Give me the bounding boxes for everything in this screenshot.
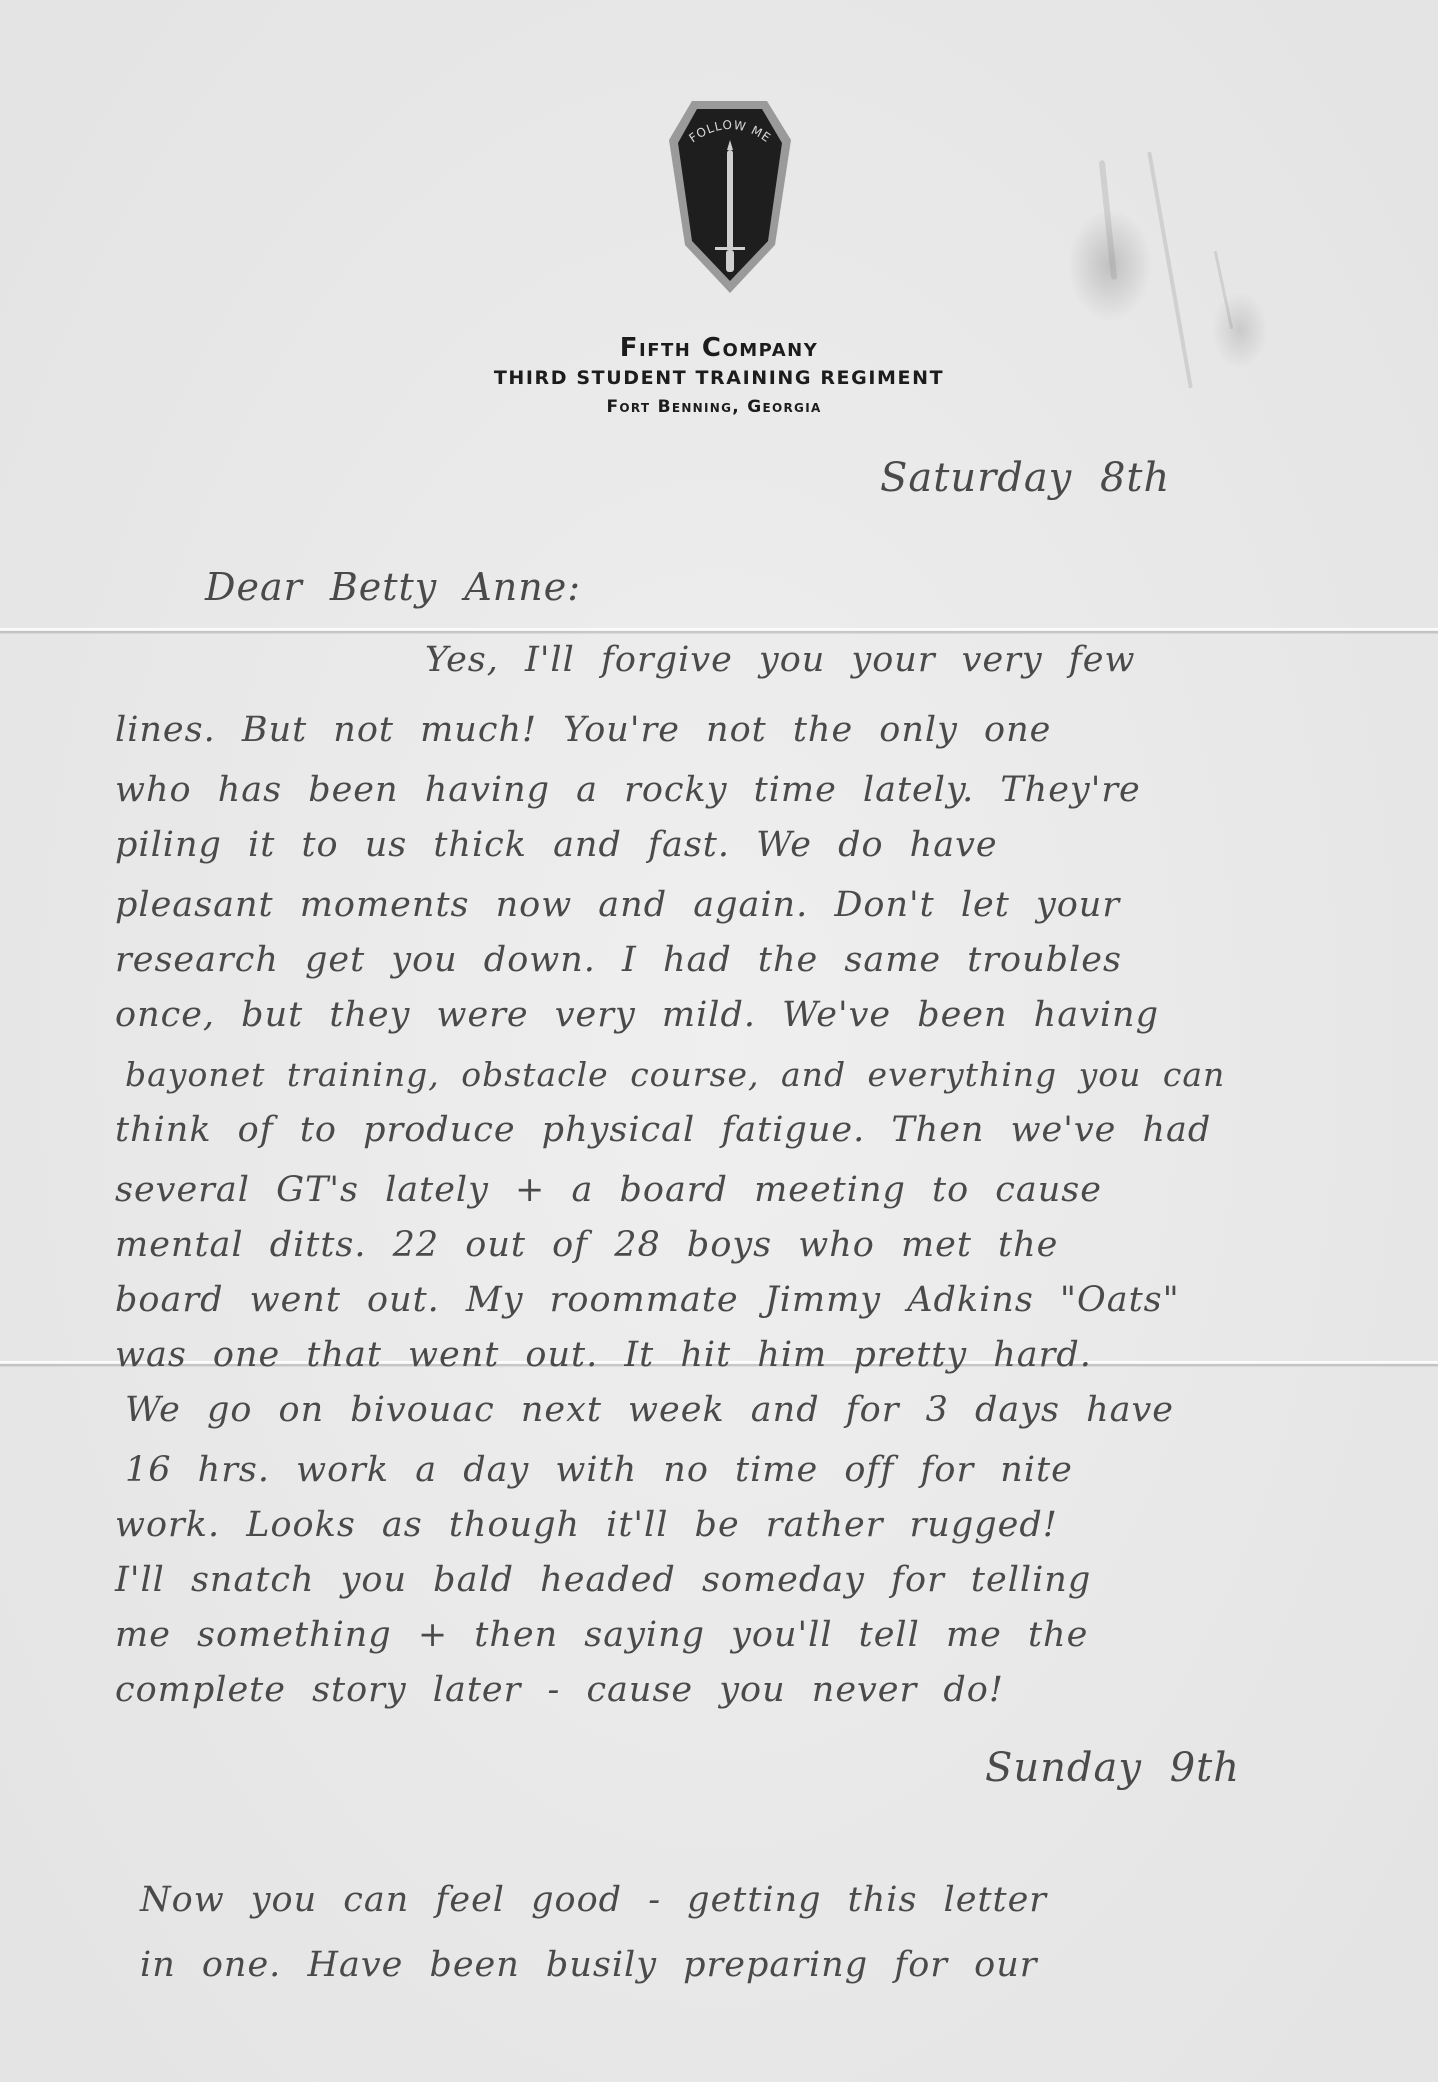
paper-fold-line xyxy=(0,628,1438,634)
body-line: research get you down. I had the same tr… xyxy=(115,940,1122,980)
body-line: in one. Have been busily preparing for o… xyxy=(140,1945,1037,1985)
infantry-sword-shield-icon: FOLLOW ME xyxy=(665,95,795,295)
body-line: me something + then saying you'll tell m… xyxy=(115,1615,1088,1655)
body-line: once, but they were very mild. We've bee… xyxy=(115,995,1159,1035)
salutation: Dear Betty Anne: xyxy=(205,565,581,609)
body-line: several GT's lately + a board meeting to… xyxy=(115,1170,1102,1210)
body-line: I'll snatch you bald headed someday for … xyxy=(115,1560,1091,1600)
body-line: Now you can feel good - getting this let… xyxy=(140,1880,1047,1920)
letterhead-company: Fifth Company xyxy=(0,333,1438,363)
body-line: piling it to us thick and fast. We do ha… xyxy=(115,825,998,865)
date-sunday: Sunday 9th xyxy=(985,1745,1240,1791)
letterhead-location: Fort Benning, Georgia xyxy=(0,397,1433,417)
body-line: pleasant moments now and again. Don't le… xyxy=(115,885,1120,925)
date-saturday: Saturday 8th xyxy=(880,455,1170,501)
body-line: bayonet training, obstacle course, and e… xyxy=(125,1055,1225,1094)
body-line: Yes, I'll forgive you your very few xyxy=(425,640,1135,680)
body-line: board went out. My roommate Jimmy Adkins… xyxy=(115,1280,1180,1320)
infantry-emblem: FOLLOW ME xyxy=(665,95,795,295)
body-line: 16 hrs. work a day with no time off for … xyxy=(125,1450,1073,1490)
body-line: work. Looks as though it'll be rather ru… xyxy=(115,1505,1058,1545)
body-line: We go on bivouac next week and for 3 day… xyxy=(125,1390,1174,1430)
body-line: think of to produce physical fatigue. Th… xyxy=(115,1110,1211,1150)
body-line: was one that went out. It hit him pretty… xyxy=(115,1335,1092,1375)
water-stain xyxy=(1099,160,1118,280)
body-line: lines. But not much! You're not the only… xyxy=(115,710,1051,750)
body-line: complete story later - cause you never d… xyxy=(115,1670,1004,1710)
body-line: who has been having a rocky time lately.… xyxy=(115,770,1141,810)
letterhead-regiment: Third Student Training Regiment xyxy=(0,367,1438,389)
body-line: mental ditts. 22 out of 28 boys who met … xyxy=(115,1225,1058,1265)
water-stain xyxy=(1214,251,1234,330)
